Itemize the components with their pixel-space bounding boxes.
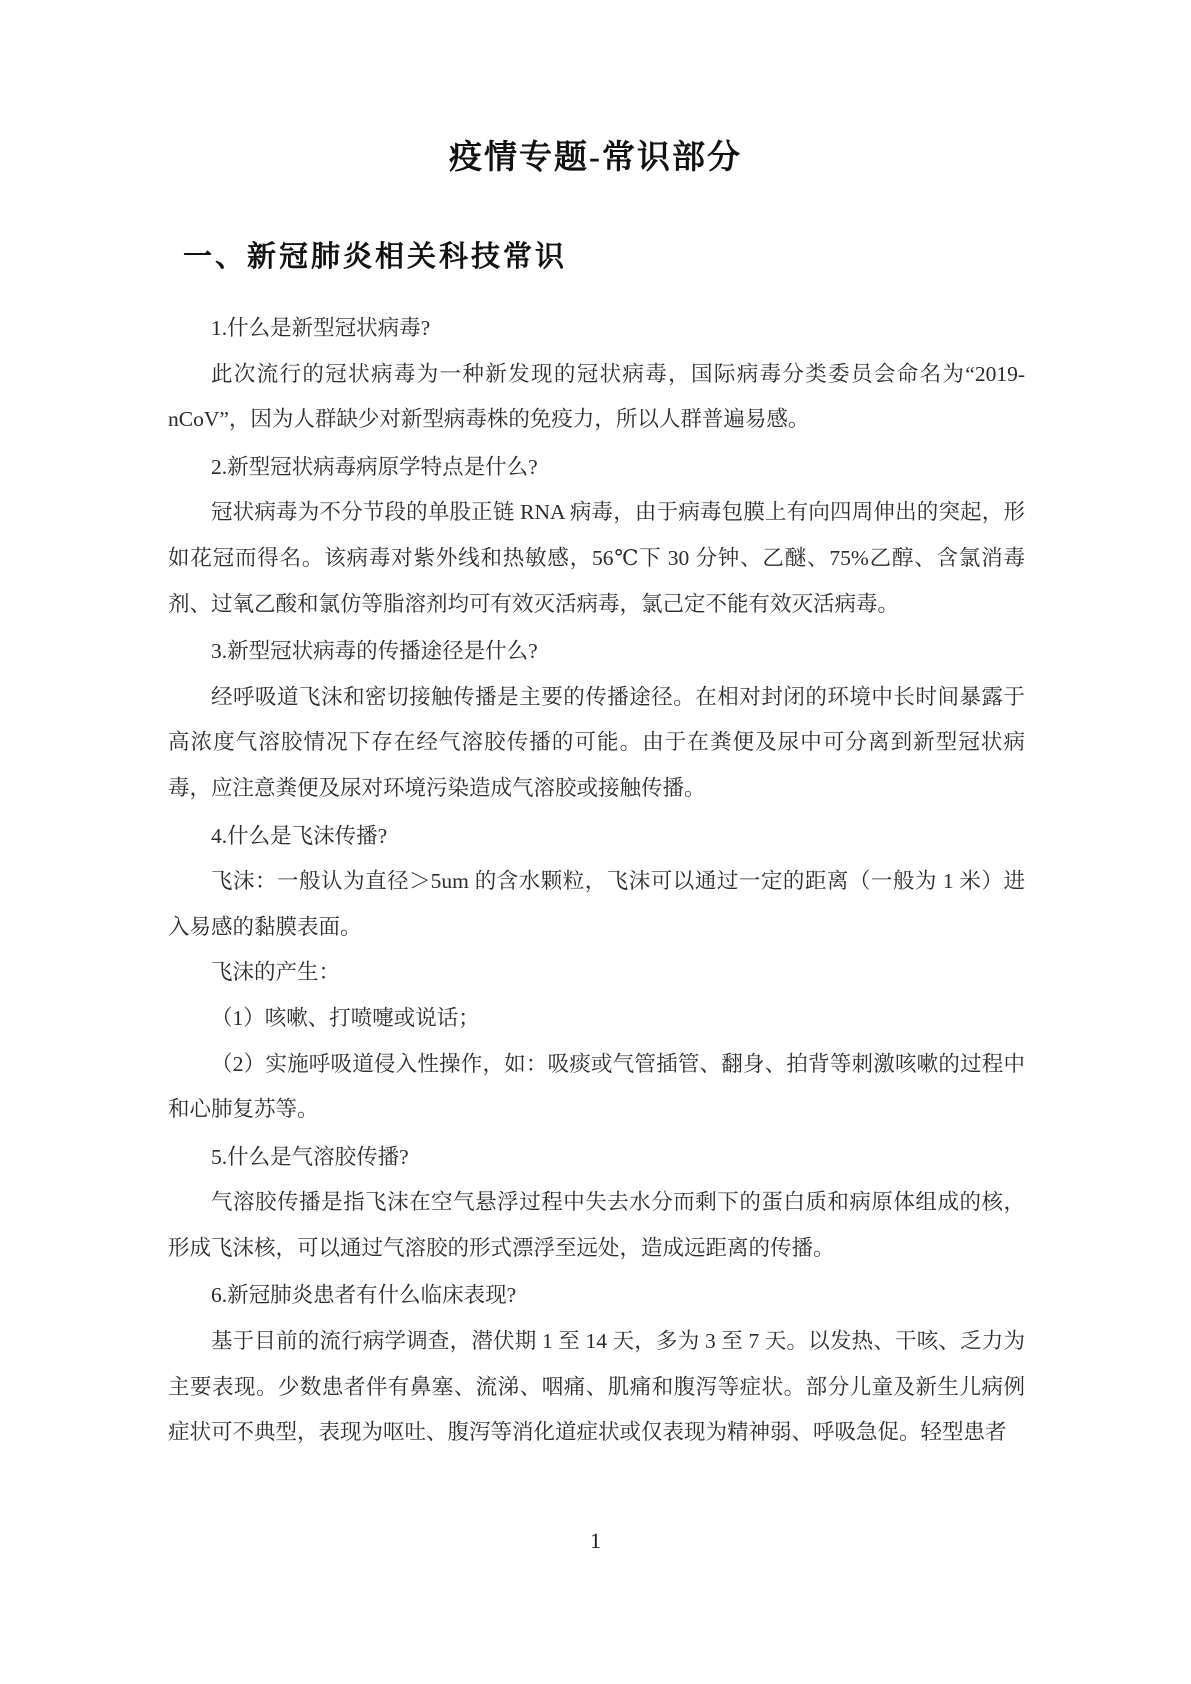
- answer-paragraph: 飞沫的产生：: [168, 950, 1025, 996]
- answer-paragraph: 此次流行的冠状病毒为一种新发现的冠状病毒，国际病毒分类委员会命名为“2019-n…: [168, 352, 1025, 443]
- document-body: 1.什么是新型冠状病毒?此次流行的冠状病毒为一种新发现的冠状病毒，国际病毒分类委…: [168, 306, 1025, 1456]
- answer-paragraph: 经呼吸道飞沫和密切接触传播是主要的传播途径。在相对封闭的环境中长时间暴露于高浓度…: [168, 675, 1025, 812]
- question-paragraph: 3.新型冠状病毒的传播途径是什么?: [168, 629, 1025, 675]
- question-paragraph: 2.新型冠状病毒病原学特点是什么?: [168, 445, 1025, 491]
- answer-paragraph: 基于目前的流行病学调查，潜伏期 1 至 14 天，多为 3 至 7 天。以发热、…: [168, 1319, 1025, 1456]
- answer-paragraph: （2）实施呼吸道侵入性操作，如：吸痰或气管插管、翻身、拍背等刺激咳嗽的过程中和心…: [168, 1042, 1025, 1133]
- document-page: 疫情专题-常识部分 一、新冠肺炎相关科技常识 1.什么是新型冠状病毒?此次流行的…: [0, 0, 1191, 1684]
- answer-paragraph: 气溶胶传播是指飞沫在空气悬浮过程中失去水分而剩下的蛋白质和病原体组成的核，形成飞…: [168, 1180, 1025, 1271]
- page-number: 1: [0, 1528, 1191, 1554]
- answer-paragraph: （1）咳嗽、打喷嚏或说话；: [168, 996, 1025, 1042]
- document-title: 疫情专题-常识部分: [0, 0, 1191, 178]
- question-paragraph: 6.新冠肺炎患者有什么临床表现?: [168, 1273, 1025, 1319]
- question-paragraph: 5.什么是气溶胶传播?: [168, 1135, 1025, 1181]
- section-heading: 一、新冠肺炎相关科技常识: [183, 234, 1191, 275]
- answer-paragraph: 飞沫：一般认为直径＞5um 的含水颗粒，飞沫可以通过一定的距离（一般为 1 米）…: [168, 859, 1025, 950]
- question-paragraph: 4.什么是飞沫传播?: [168, 814, 1025, 860]
- answer-paragraph: 冠状病毒为不分节段的单股正链 RNA 病毒，由于病毒包膜上有向四周伸出的突起，形…: [168, 490, 1025, 627]
- question-paragraph: 1.什么是新型冠状病毒?: [168, 306, 1025, 352]
